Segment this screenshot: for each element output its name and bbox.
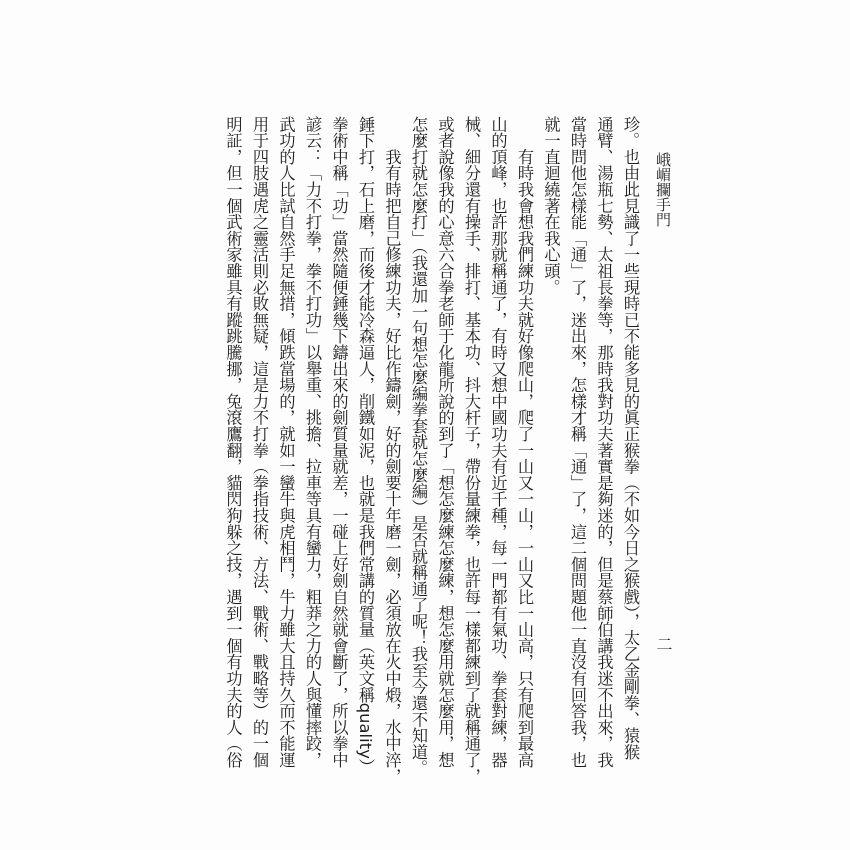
text-column: 武功的人比試自然手足無措，傾跌當場的，就如一蠻牛與虎相鬥，牛力雖大且持久而不能運 <box>272 116 299 776</box>
text-column: 拳術中稱「功」當然隨便錘幾下鑄出來的劍質量就差，一碰上好劍自然就會斷了，所以拳中 <box>325 116 352 776</box>
text-column: 怎麼打就怎麼打」（我還加一句想怎麼編拳套就怎麼編）是否就稱通了呢！我至今還不知道… <box>405 116 432 776</box>
text-column: 珍。也由此見識了一些現時已不能多見的眞正猴拳（不如今日之猴戲），太乙金剛拳、猿猴 <box>617 116 644 776</box>
page-number: 二 <box>654 636 672 652</box>
text-column: 錘下打，石上磨，而後才能冷森逼人，削鐵如泥，也就是我們常講的質量（英文稱qual… <box>352 116 379 776</box>
text-column: 通臂、湯瓶七勢、太祖長拳等，那時我對功夫著實是夠迷的，但是蔡師伯講我迷不出來，我 <box>590 116 617 776</box>
text-column: 用于四肢遇虎之靈活則必敗無疑，這是力不打拳（拳指技術、方法、戰術、戰略等）的一個 <box>246 116 273 776</box>
text-column: 我有時把自己修練功夫，好比作鑄劍，好的劍要十年磨一劍，必須放在火中煅，水中淬， <box>378 116 405 776</box>
text-column: 有時我會想我們練功夫就好像爬山，爬了一山又一山，一山又比一山高，只有爬到最高 <box>511 116 538 776</box>
text-column: 當時問他怎樣能「通」了，迷出來，怎樣才稱「通」了，這二個問題他一直沒有回答我，也 <box>564 116 591 776</box>
text-column: 或者說像我的心意六合拳老師于化龍所說的到了「想怎麼練怎麼練，想怎麼用就怎麼用，想 <box>431 116 458 776</box>
text-column: 械、細分還有操手、排打、基本功、抖大杆子，帶份量練拳，也許每一樣都練到了就稱通了… <box>458 116 485 776</box>
book-page: 峨嵋攔手門 二 珍。也由此見識了一些現時已不能多見的眞正猴拳（不如今日之猴戲），… <box>0 0 850 850</box>
vertical-body-text: 珍。也由此見識了一些現時已不能多見的眞正猴拳（不如今日之猴戲），太乙金剛拳、猿猴… <box>219 116 643 776</box>
text-column: 諺云：「力不打拳，拳不打功」以舉重、挑擔、拉車等具有蠻力，粗莽之力的人與懂摔跤， <box>299 116 326 776</box>
text-column: 就一直迴繞著在我心頭。 <box>537 116 564 776</box>
text-column: 明証，但一個武術家雖具有蹤跳騰挪，兔滾鷹翻，貓閃狗躲之技，遇到一個有功夫的人（俗 <box>219 116 246 776</box>
text-column: 山的頂峰，也許那就稱通了，有時又想中國功夫有近千種，每一門都有氣功、拳套對練，器 <box>484 116 511 776</box>
running-header-title: 峨嵋攔手門 <box>654 152 672 227</box>
